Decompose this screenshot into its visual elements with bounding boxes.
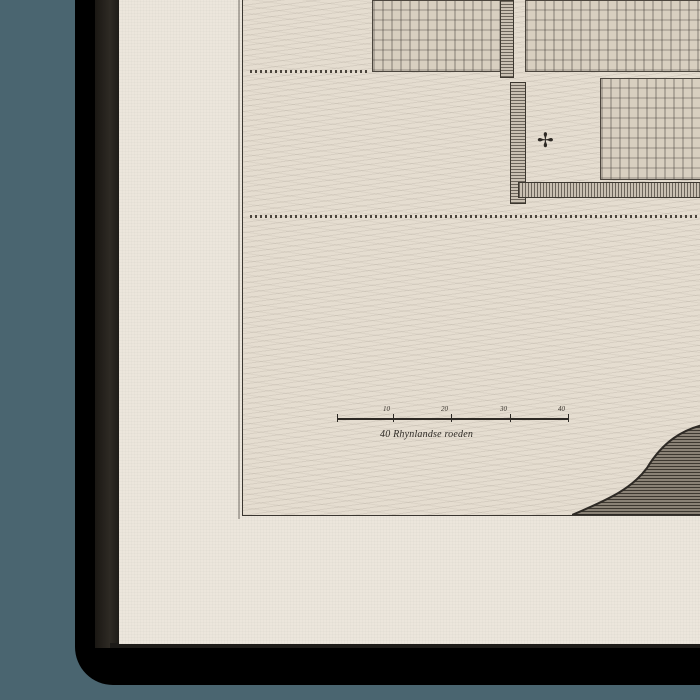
field-hedge-lower — [250, 215, 700, 218]
windmill-icon: ✢ — [537, 128, 554, 153]
scale-label-10: 10 — [383, 405, 390, 413]
scale-tick-40 — [568, 414, 569, 422]
frame-left-edge — [95, 0, 120, 648]
scale-tick-0 — [337, 414, 338, 422]
map-border-outer — [238, 0, 240, 519]
scale-bar: 10 20 30 40 — [337, 418, 569, 424]
scale-caption: 40 Rhynlandse roeden — [380, 429, 473, 440]
scale-label-40: 40 — [558, 405, 565, 413]
scale-label-30: 30 — [500, 405, 507, 413]
scale-label-20: 20 — [441, 405, 448, 413]
town-block-northeast — [525, 0, 700, 72]
scale-tick-10 — [393, 414, 394, 422]
town-block-east — [600, 78, 700, 180]
moat-vertical-upper — [500, 0, 514, 78]
river-hill — [572, 418, 700, 515]
scale-tick-20 — [451, 414, 452, 422]
moat-horizontal — [518, 182, 700, 198]
town-block-north — [372, 0, 502, 72]
scale-tick-30 — [510, 414, 511, 422]
field-hedge-upper — [250, 70, 370, 73]
